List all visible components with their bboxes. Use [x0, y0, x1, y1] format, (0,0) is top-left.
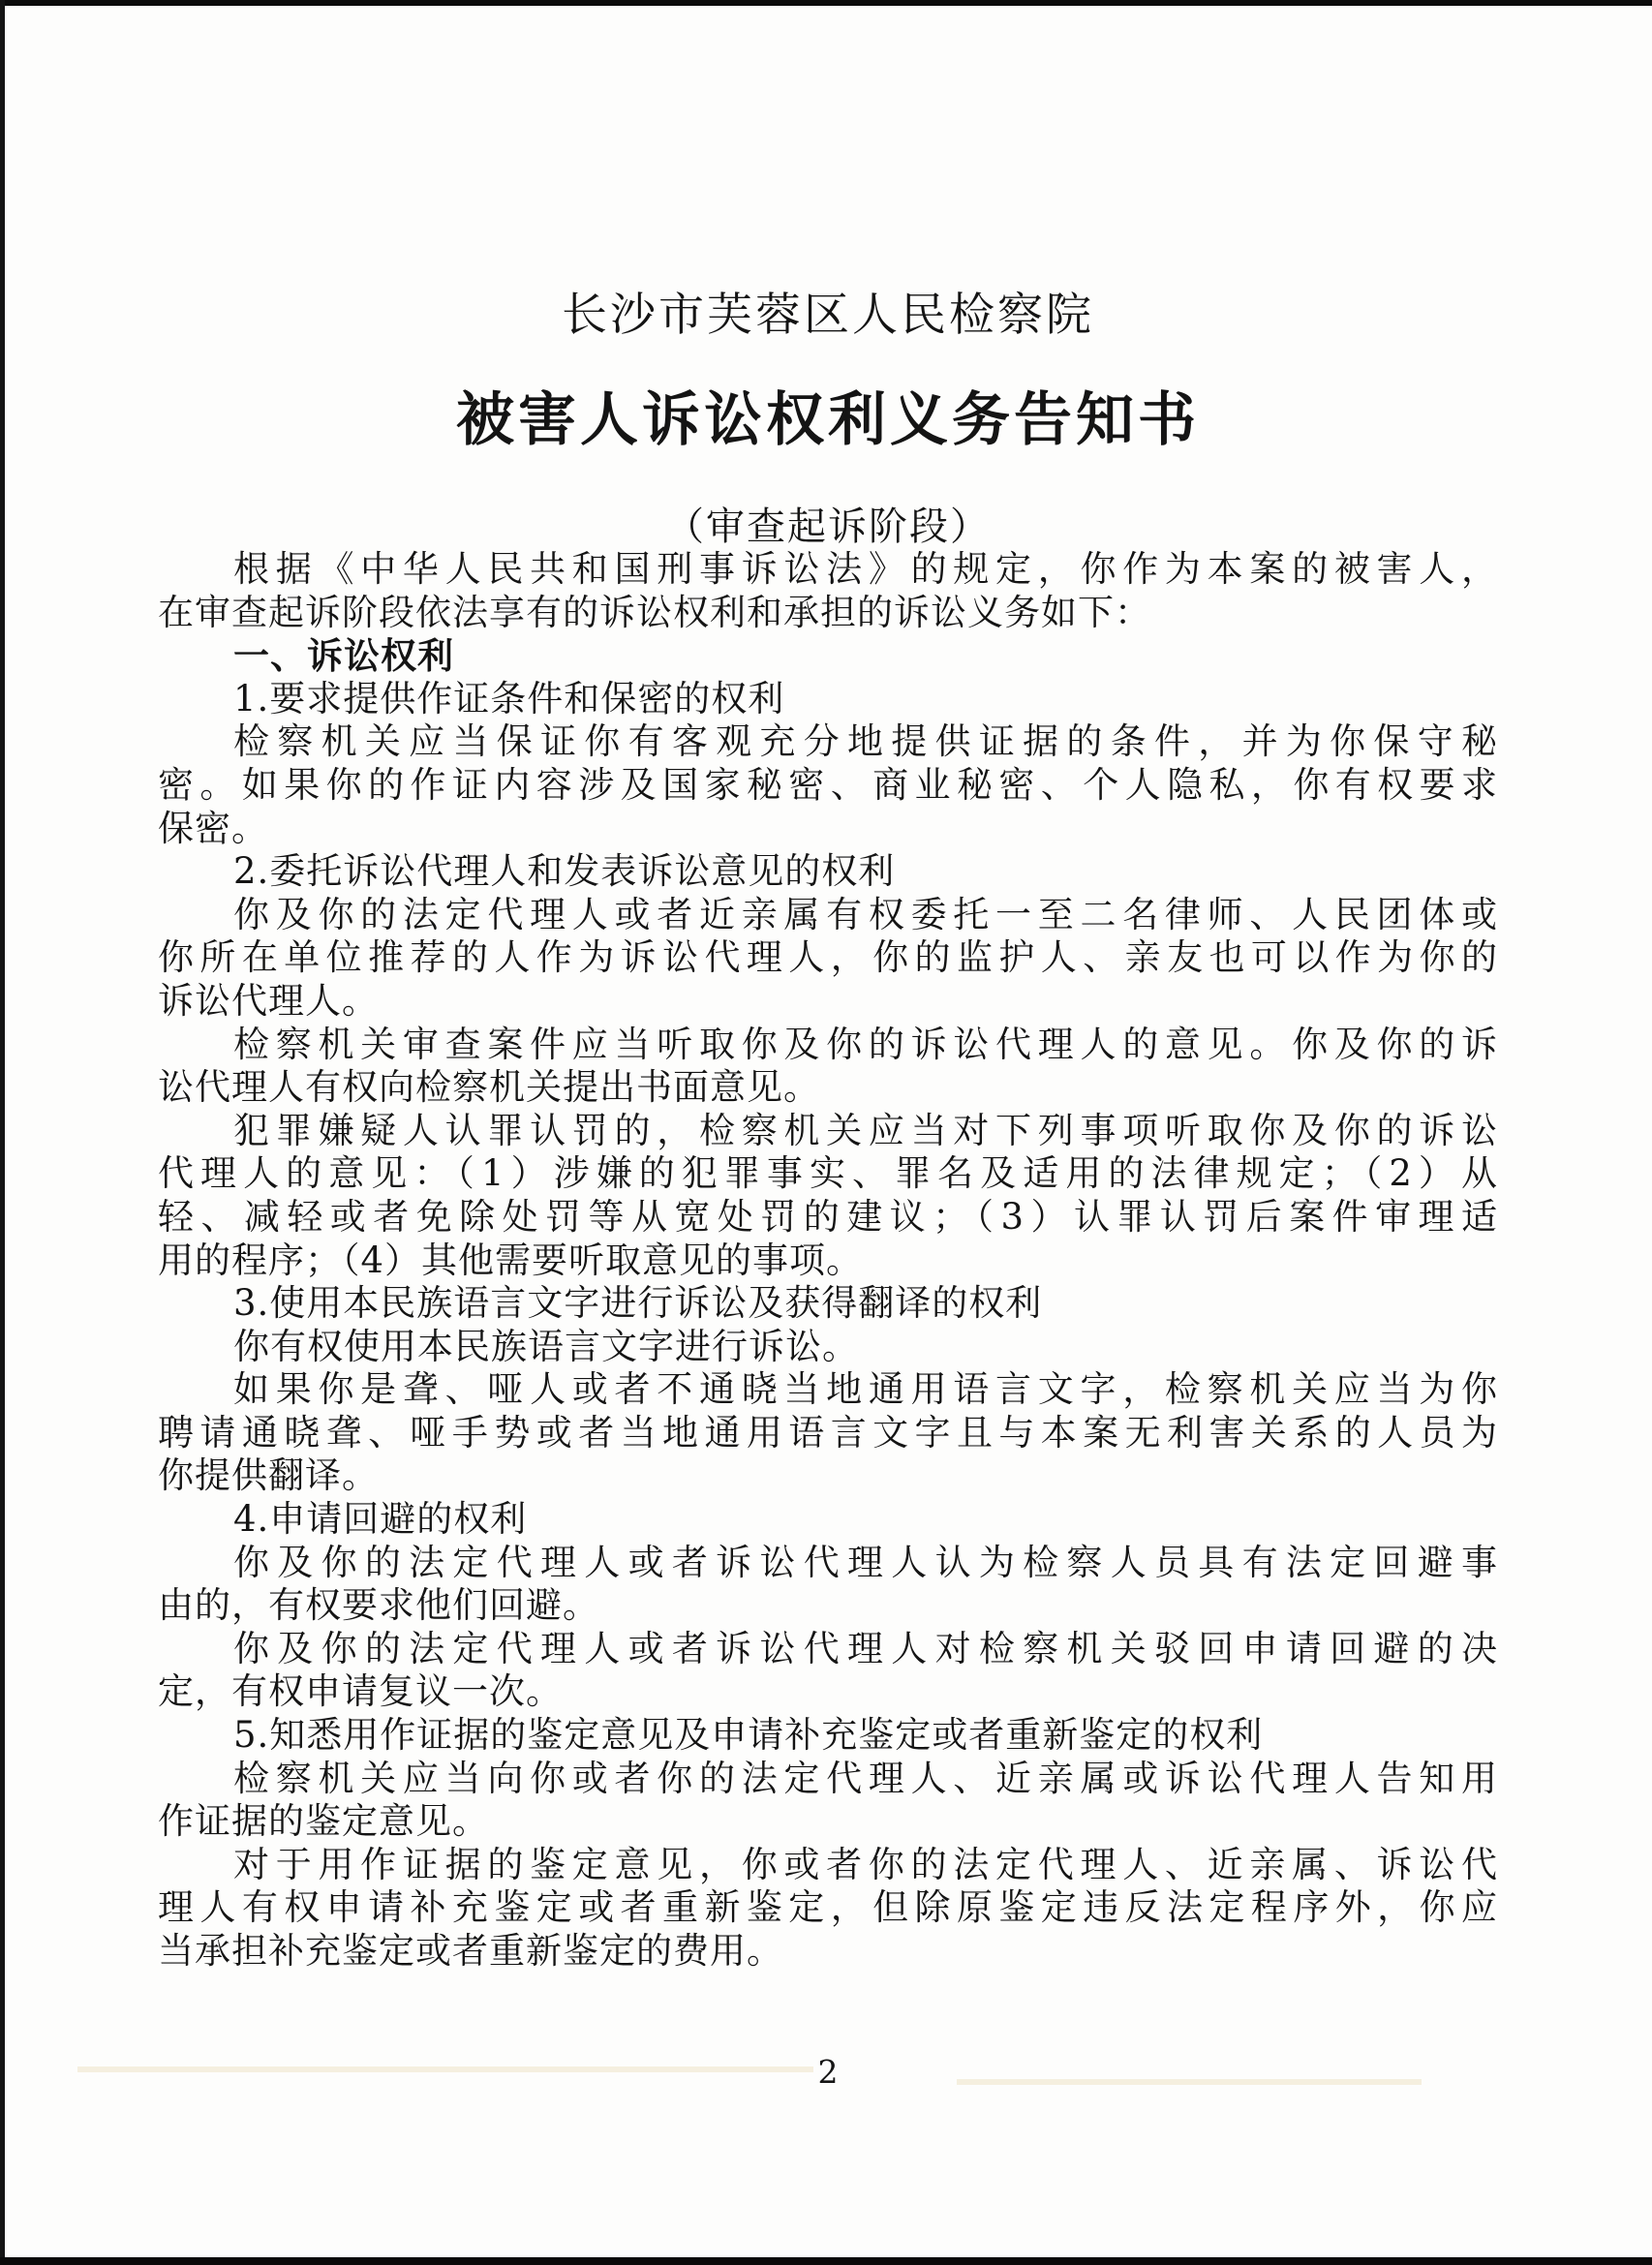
body-line: 你及你的法定代理人或者诉讼代理人认为检察人员具有法定回避事	[158, 1542, 1498, 1585]
document-body: 根据《中华人民共和国刑事诉讼法》的规定，你作为本案的被害人，在审查起诉阶段依法享…	[158, 548, 1498, 1974]
body-line: 检察机关应当向你或者你的法定代理人、近亲属或诉讼代理人告知用	[158, 1758, 1498, 1801]
body-line: 由的，有权要求他们回避。	[158, 1584, 1498, 1628]
body-line: 4.申请回避的权利	[158, 1498, 1498, 1542]
body-line: 一、诉讼权利	[158, 634, 1498, 678]
body-line: 理人有权申请补充鉴定或者重新鉴定，但除原鉴定违反法定程序外，你应	[158, 1886, 1498, 1930]
body-line: 讼代理人有权向检察机关提出书面意见。	[158, 1066, 1498, 1110]
body-line: 保密。	[158, 808, 1498, 851]
body-line: 你提供翻译。	[158, 1454, 1498, 1498]
page-number: 2	[158, 2053, 1498, 2091]
body-line: 你及你的法定代理人或者诉讼代理人对检察机关驳回申请回避的决	[158, 1628, 1498, 1671]
body-line: 作证据的鉴定意见。	[158, 1800, 1498, 1844]
body-line: 你及你的法定代理人或者近亲属有权委托一至二名律师、人民团体或	[158, 894, 1498, 937]
body-line: 轻、减轻或者免除处罚等从宽处罚的建议；（3）认罪认罚后案件审理适	[158, 1196, 1498, 1240]
document-title: 被害人诉讼权利义务告知书	[158, 374, 1498, 457]
document-subtitle: （审查起诉阶段）	[158, 496, 1498, 551]
organization-title: 长沙市芙蓉区人民检察院	[158, 279, 1498, 344]
body-line: 你所在单位推荐的人作为诉讼代理人，你的监护人、亲友也可以作为你的	[158, 936, 1498, 980]
body-line: 定，有权申请复议一次。	[158, 1670, 1498, 1714]
scanned-document-page: 长沙市芙蓉区人民检察院 被害人诉讼权利义务告知书 （审查起诉阶段） 根据《中华人…	[0, 0, 1652, 2265]
body-line: 诉讼代理人。	[158, 980, 1498, 1024]
body-line: 你有权使用本民族语言文字进行诉讼。	[158, 1326, 1498, 1369]
scan-edge-left	[0, 0, 5, 2265]
document-content: 长沙市芙蓉区人民检察院 被害人诉讼权利义务告知书 （审查起诉阶段） 根据《中华人…	[158, 0, 1498, 2265]
body-line: 1.要求提供作证条件和保密的权利	[158, 678, 1498, 721]
body-line: 5.知悉用作证据的鉴定意见及申请补充鉴定或者重新鉴定的权利	[158, 1714, 1498, 1758]
body-line: 2.委托诉讼代理人和发表诉讼意见的权利	[158, 850, 1498, 894]
body-line: 犯罪嫌疑人认罪认罚的，检察机关应当对下列事项听取你及你的诉讼	[158, 1110, 1498, 1153]
body-line: 密。如果你的作证内容涉及国家秘密、商业秘密、个人隐私，你有权要求	[158, 764, 1498, 808]
body-line: 根据《中华人民共和国刑事诉讼法》的规定，你作为本案的被害人，	[158, 548, 1498, 592]
body-line: 检察机关审查案件应当听取你及你的诉讼代理人的意见。你及你的诉	[158, 1024, 1498, 1067]
body-line: 如果你是聋、哑人或者不通晓当地通用语言文字，检察机关应当为你	[158, 1368, 1498, 1412]
body-line: 在审查起诉阶段依法享有的诉讼权利和承担的诉讼义务如下：	[158, 592, 1498, 635]
body-line: 对于用作证据的鉴定意见，你或者你的法定代理人、近亲属、诉讼代	[158, 1844, 1498, 1887]
body-line: 用的程序；（4）其他需要听取意见的事项。	[158, 1240, 1498, 1283]
body-line: 当承担补充鉴定或者重新鉴定的费用。	[158, 1930, 1498, 1974]
body-line: 聘请通晓聋、哑手势或者当地通用语言文字且与本案无利害关系的人员为	[158, 1412, 1498, 1455]
body-line: 代理人的意见：（1）涉嫌的犯罪事实、罪名及适用的法律规定；（2）从	[158, 1152, 1498, 1196]
body-line: 3.使用本民族语言文字进行诉讼及获得翻译的权利	[158, 1282, 1498, 1326]
body-line: 检察机关应当保证你有客观充分地提供证据的条件，并为你保守秘	[158, 720, 1498, 764]
